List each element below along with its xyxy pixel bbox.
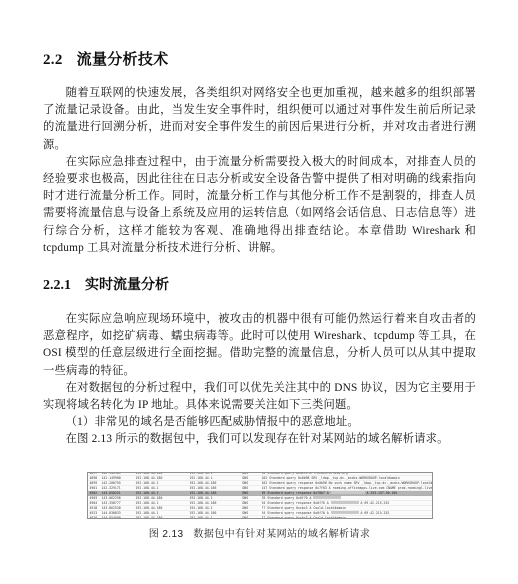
packet-cell-info: 89 Standard query response 0x70b7 A A 25… [262, 491, 432, 495]
packet-cell-dst: 192.168.44.1 [190, 476, 243, 480]
packet-cell-time: 143.062256 [102, 496, 136, 500]
page-content: 2.2流量分析技术 随着互联网的快速发展，各类组织对网络安全也更加重视，越来越多… [0, 0, 518, 541]
figure-2-13: 4897142.145989192.168.44.186192.168.44.1… [43, 472, 476, 541]
packet-cell-time: 143.050251 [102, 491, 136, 495]
packet-cell-time: 143.862530 [102, 506, 136, 510]
packet-cell-no: 4899 [88, 481, 102, 485]
paragraph-figure-intro: 在图 2.13 所示的数据包中，我们可以发现存在针对某网站的域名解析请求。 [43, 431, 476, 448]
packet-capture-screenshot: 4897142.145989192.168.44.186192.168.44.1… [87, 472, 433, 519]
book-page: 2.2流量分析技术 随着互联网的快速发展，各类组织对网络安全也更加重视，越来越多… [0, 0, 518, 584]
packet-cell-dst: 192.168.44.186 [190, 481, 243, 485]
paragraph-intro-2: 在实际应急排查过程中，由于流量分析需要投入极大的时间成本，对排查人员的经验要求也… [43, 154, 476, 257]
packet-cell-no: 4926 [88, 516, 102, 519]
packet-cell-proto: DNS [243, 472, 262, 475]
packet-cell-src: 192.168.44.186 [136, 506, 190, 510]
packet-cell-dst: 192.168.44.186 [190, 511, 243, 515]
packet-cell-no: 4901 [88, 486, 102, 490]
packet-cell-src: 192.168.44.1 [136, 491, 190, 495]
packet-cell-dst: 192.168.44.186 [190, 491, 243, 495]
packet-cell-proto: DNS [243, 496, 262, 500]
redaction-blur [331, 511, 359, 514]
packet-cell-src: 192.168.44.186 [136, 472, 190, 475]
packet-cell-info: 94 Standard query response 0x0f70 A A 69… [262, 511, 432, 515]
section-heading: 2.2流量分析技术 [43, 52, 476, 69]
packet-cell-no: 4898 [88, 476, 102, 480]
section-title: 流量分析技术 [77, 52, 169, 68]
paragraph-realtime-1: 在实际应急响应现场环境中，被攻击的机器中很有可能仍然运行着来自攻击者的恶意程序，… [43, 311, 476, 380]
packet-cell-time: 142.200755 [102, 481, 136, 485]
packet-cell-time: 144.854500 [102, 516, 136, 519]
packet-cell-no: 4897 [88, 472, 102, 475]
subsection-title: 实时流量分析 [85, 278, 169, 293]
packet-cell-time: 143.358777 [102, 501, 136, 505]
packet-cell-src: 192.168.44.1 [136, 501, 190, 505]
packet-cell-src: 192.168.44.1 [136, 486, 190, 490]
packet-cell-proto: DNS [243, 486, 262, 490]
subsection-heading: 2.2.1实时流量分析 [43, 278, 476, 294]
packet-cell-info: 247 Standard query response 0x7f03 A roa… [262, 486, 432, 490]
packet-cell-dst: 192.168.44.1 [190, 496, 243, 500]
packet-cell-no: 4903 [88, 496, 102, 500]
list-item-1: （1）非常见的域名是否能够匹配威胁情报中的恶意地址。 [43, 414, 476, 431]
packet-cell-proto: DNS [243, 506, 262, 510]
packet-cell-info: 78 Standard query 0x4c74 A freedns.afrai… [262, 472, 432, 475]
packet-cell-dst: 192.168.44.1 [190, 506, 243, 510]
packet-cell-src: 192.168.44.1 [136, 481, 190, 485]
subsection-number: 2.2.1 [43, 278, 71, 293]
packet-cell-proto: DNS [243, 476, 262, 480]
packet-cell-src: 192.168.44.186 [136, 496, 190, 500]
packet-cell-info: 78 Standard query 0x0f70 A [262, 496, 432, 500]
packet-cell-no: 4904 [88, 501, 102, 505]
packet-cell-info: 94 Standard query response 0x0f70 A A 69… [262, 501, 432, 505]
packet-cell-src: 192.168.44.1 [136, 511, 190, 515]
packet-list: 4897142.145989192.168.44.186192.168.44.1… [88, 472, 432, 519]
packet-cell-info: 77 Standard query 0xcbc3 A Could.localdo… [262, 516, 432, 519]
packet-cell-dst: 192.168.44.1 [190, 516, 243, 519]
figure-caption: 图 2.13数据包中有针对某网站的域名解析请求 [43, 529, 476, 541]
packet-cell-time: 142.145989 [102, 472, 136, 475]
packet-cell-dst: 192.168.44.186 [190, 486, 243, 490]
packet-cell-time: 142.149900 [102, 476, 136, 480]
packet-cell-no: 4918 [88, 506, 102, 510]
packet-cell-proto: DNS [243, 516, 262, 519]
packet-cell-info: 77 Standard query 0xcbc3 A Could.localdo… [262, 506, 432, 510]
packet-cell-proto: DNS [243, 511, 262, 515]
section-number: 2.2 [43, 52, 63, 68]
paragraph-realtime-2: 在对数据包的分析过程中，我们可以优先关注其中的 DNS 协议，因为它主要用于实现… [43, 380, 476, 414]
packet-cell-no: 4923 [88, 511, 102, 515]
packet-cell-no: 4902 [88, 491, 102, 495]
figure-caption-text: 数据包中有针对某网站的域名解析请求 [193, 529, 370, 540]
packet-cell-dst: 192.168.44.186 [190, 501, 243, 505]
packet-cell-time: 144.030833 [102, 511, 136, 515]
packet-cell-dst: 192.168.44.1 [190, 472, 243, 475]
packet-cell-time: 142.329171 [102, 486, 136, 490]
packet-row: 4926144.854500192.168.44.186192.168.44.1… [88, 516, 432, 519]
redaction-blur [313, 496, 341, 499]
paragraph-intro-1: 随着互联网的快速发展，各类组织对网络安全也更加重视，越来越多的组织部署了流量记录… [43, 85, 476, 154]
packet-cell-proto: DNS [243, 481, 262, 485]
redaction-blur [331, 491, 365, 494]
packet-cell-proto: DNS [243, 501, 262, 505]
figure-label: 图 2.13 [149, 529, 184, 540]
redaction-blur [331, 501, 359, 504]
packet-cell-src: 192.168.44.186 [136, 476, 190, 480]
packet-cell-info: 102 Standard query 0x0b98 SRV _ldap._tcp… [262, 476, 432, 480]
packet-cell-proto: DNS [243, 491, 262, 495]
packet-cell-src: 192.168.44.186 [136, 516, 190, 519]
packet-cell-info: 102 Standard query response 0x0b98 No su… [262, 481, 432, 485]
